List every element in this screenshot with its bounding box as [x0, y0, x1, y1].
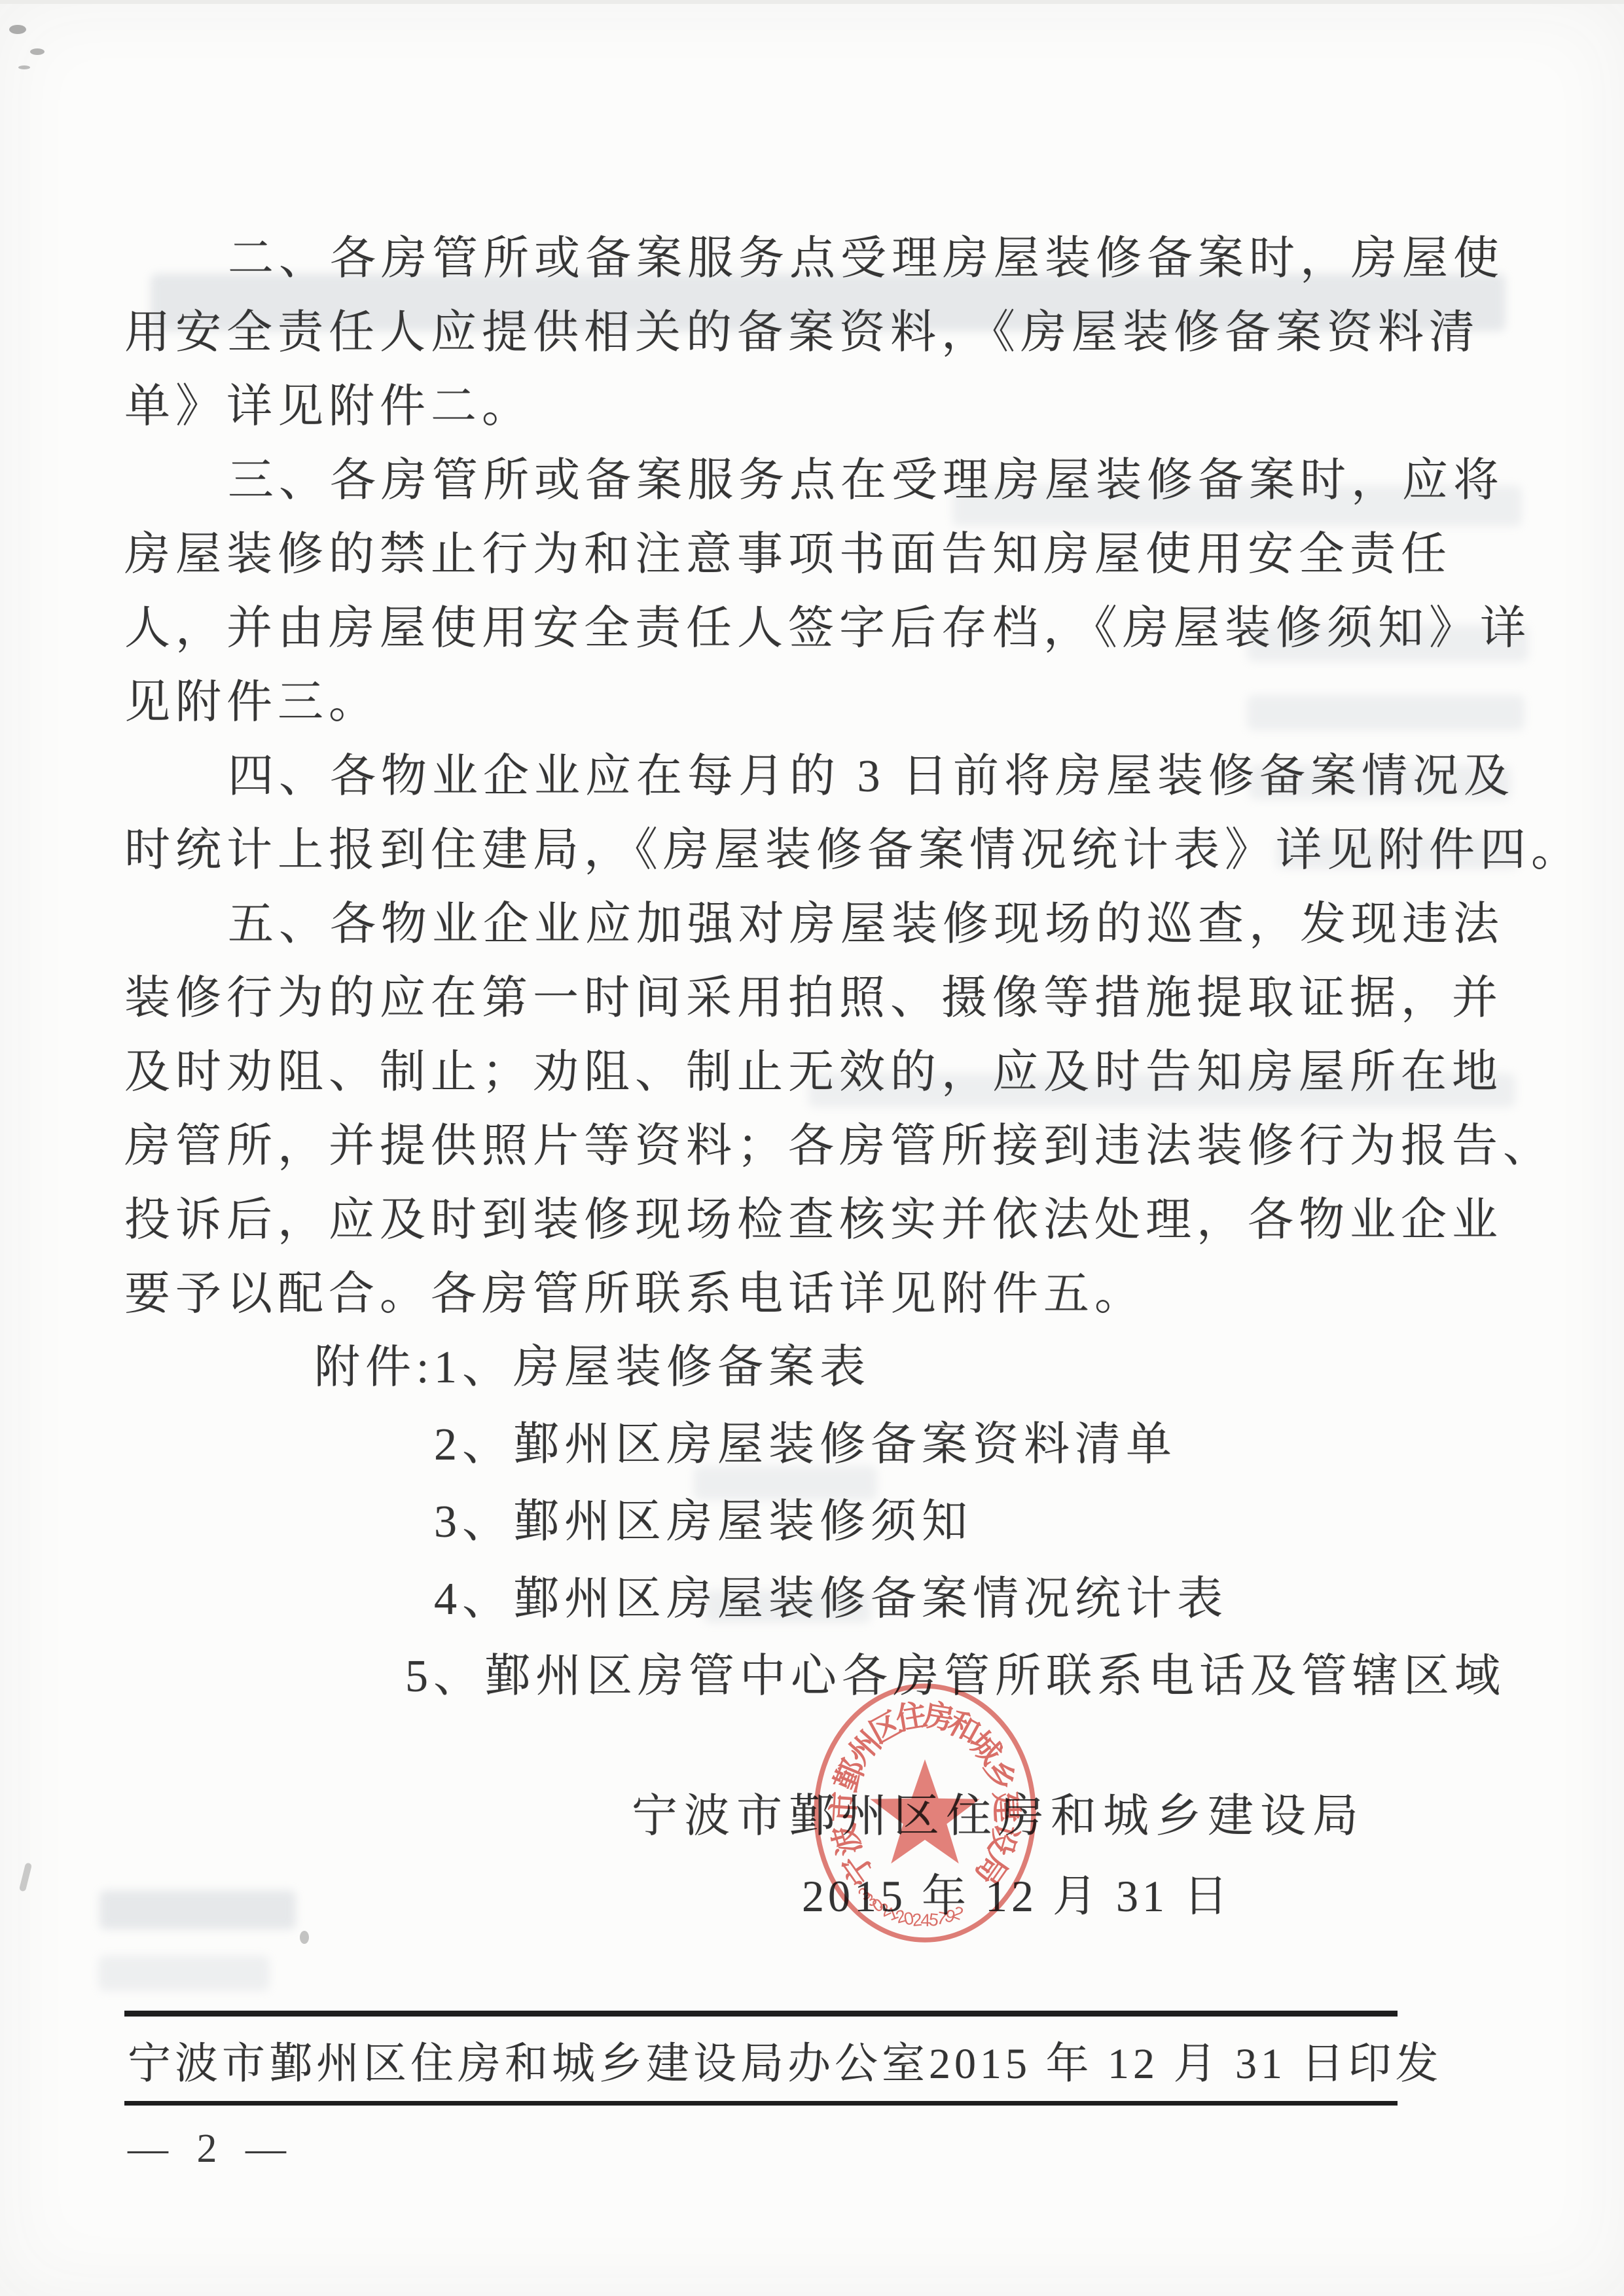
attachment-row: 4、鄞州区房屋装修备案情况统计表 — [124, 1561, 1506, 1638]
body-line: 二、各房管所或备案服务点受理房屋装修备案时，房屋使 — [124, 222, 1506, 296]
body-line: 时统计上报到住建局，《房屋装修备案情况统计表》详见附件四。 — [124, 814, 1506, 888]
body-line: 用安全责任人应提供相关的备案资料，《房屋装修备案资料清 — [124, 296, 1506, 370]
svg-text:州: 州 — [842, 1725, 888, 1771]
attachment-list: 附件: 1、房屋装修备案表 2、鄞州区房屋装修备案资料清单 3、鄞州区房屋装修须… — [124, 1329, 1506, 1715]
attachment-row: 附件: 1、房屋装修备案表 — [124, 1329, 1506, 1407]
body-line: 房屋装修的禁止行为和注意事项书面告知房屋使用安全责任 — [124, 518, 1506, 592]
bleed-through-artifact — [98, 1956, 270, 1991]
attachment-item: 2、鄞州区房屋装修备案资料清单 — [434, 1407, 1506, 1484]
body-text: 二、各房管所或备案服务点受理房屋装修备案时，房屋使 用安全责任人应提供相关的备案… — [124, 222, 1506, 1331]
scan-speck — [9, 25, 26, 34]
attachment-label — [124, 1484, 434, 1561]
scan-speck — [300, 1931, 309, 1944]
footer-print-date: 2015 年 12 月 31 日印发 — [929, 2028, 1443, 2090]
attachment-label: 附件: — [124, 1329, 434, 1407]
signature-date: 2015 年 12 月 31 日 — [802, 1861, 1232, 1924]
body-line: 三、各房管所或备案服务点在受理房屋装修备案时，应将 — [124, 444, 1506, 518]
footer-rule-top — [124, 2011, 1398, 2017]
body-line: 要予以配合。各房管所联系电话详见附件五。 — [124, 1257, 1506, 1331]
attachment-item: 5、鄞州区房管中心各房管所联系电话及管辖区域 — [405, 1638, 1506, 1715]
footer-rule-bottom — [124, 2101, 1398, 2106]
body-line: 见附件三。 — [124, 666, 1506, 740]
body-line: 装修行为的应在第一时间采用拍照、摄像等措施提取证据，并 — [124, 961, 1506, 1035]
scan-speck — [19, 1862, 32, 1892]
footer-issuer: 宁波市鄞州区住房和城乡建设局办公室 — [128, 2028, 929, 2090]
footer: 宁波市鄞州区住房和城乡建设局办公室 2015 年 12 月 31 日印发 — [128, 2026, 1381, 2092]
attachment-row: 3、鄞州区房屋装修须知 — [124, 1484, 1506, 1561]
body-line: 四、各物业企业应在每月的 3 日前将房屋装修备案情况及 — [124, 740, 1506, 814]
document-page: 二、各房管所或备案服务点受理房屋装修备案时，房屋使 用安全责任人应提供相关的备案… — [0, 0, 1624, 2296]
attachment-row: 2、鄞州区房屋装修备案资料清单 — [124, 1407, 1506, 1484]
attachment-row: 5、鄞州区房管中心各房管所联系电话及管辖区域 — [124, 1638, 1506, 1715]
body-line: 单》详见附件二。 — [124, 370, 1506, 444]
body-line: 投诉后，应及时到装修现场检查核实并依法处理，各物业企业 — [124, 1183, 1506, 1257]
body-line: 及时劝阻、制止；劝阻、制止无效的，应及时告知房屋所在地 — [124, 1035, 1506, 1109]
attachment-item: 4、鄞州区房屋装修备案情况统计表 — [434, 1561, 1506, 1638]
attachment-item: 3、鄞州区房屋装修须知 — [434, 1484, 1506, 1561]
signature-organization: 宁波市鄞州区住房和城乡建设局 — [632, 1779, 1365, 1845]
body-line: 房管所，并提供照片等资料；各房管所接到违法装修行为报告、 — [124, 1109, 1506, 1183]
scan-edge-artifact — [0, 0, 1624, 4]
bleed-through-artifact — [99, 1890, 296, 1929]
attachment-label — [124, 1561, 434, 1638]
svg-text:城: 城 — [962, 1725, 1007, 1771]
attachment-label — [124, 1407, 434, 1484]
body-line: 人，并由房屋使用安全责任人签字后存档，《房屋装修须知》详 — [124, 592, 1506, 666]
body-line: 五、各物业企业应加强对房屋装修现场的巡查，发现违法 — [124, 888, 1506, 961]
attachment-label — [124, 1638, 405, 1715]
page-number: — 2 — — [128, 2119, 295, 2178]
attachment-item: 1、房屋装修备案表 — [434, 1329, 1506, 1407]
